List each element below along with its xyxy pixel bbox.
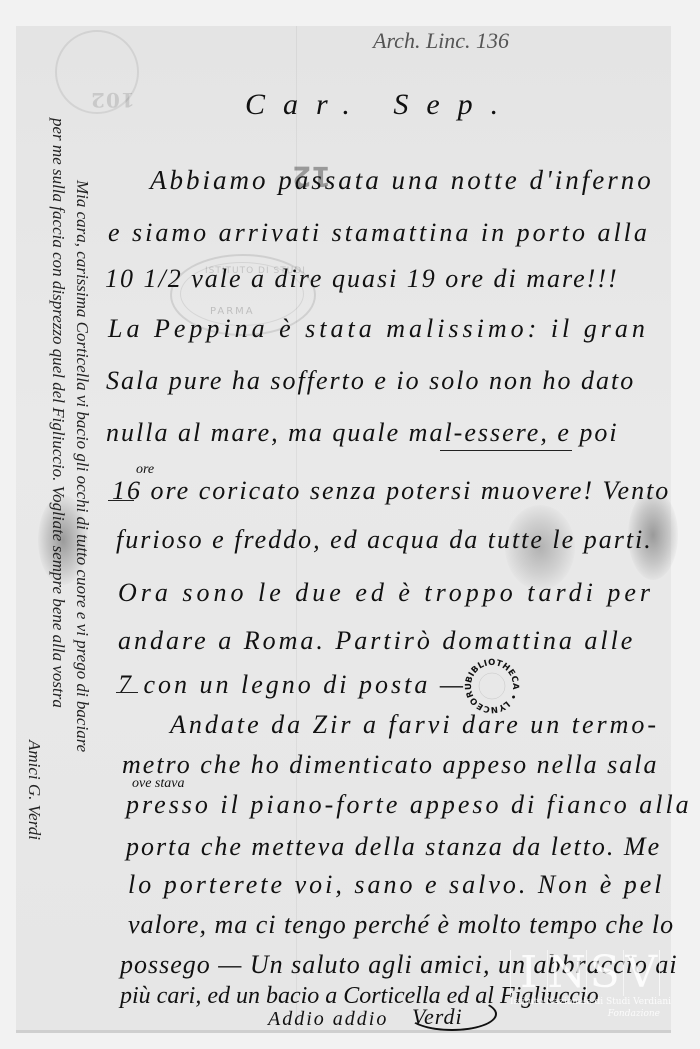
underline-16	[108, 500, 134, 501]
watermark-letter-s: S	[587, 950, 624, 996]
letter-line-12: Andate da Zir a farvi dare un termo-	[170, 710, 659, 740]
letter-line-5: Sala pure ha sofferto e io solo non ho d…	[106, 366, 635, 396]
insv-watermark: I N S V Istituto Nazionale di Studi Verd…	[510, 950, 660, 1020]
salutation: Car. Sep.	[245, 88, 516, 122]
archive-reference: Arch. Linc. 136	[373, 28, 509, 54]
margin-note-line-1: Mia cara, carissima Corticella vi bacio …	[72, 180, 92, 752]
letter-line-10: andare a Roma. Partirò domattina alle	[118, 626, 635, 656]
watermark-institution: Istituto Nazionale di Studi Verdiani	[510, 996, 660, 1008]
signature-flourish	[407, 997, 497, 1031]
letter-line-13: metro che ho dimenticato appeso nella sa…	[122, 750, 659, 780]
letter-line-6: nulla al mare, ma quale mal-essere, e po…	[106, 418, 619, 448]
letter-line-17: valore, ma ci tengo perché è molto tempo…	[128, 910, 674, 940]
watermark-letter-v: V	[624, 950, 660, 996]
watermark-letters: I N S V	[510, 950, 660, 996]
letter-line-16: lo porterete voi, sano e salvo. Non è pe…	[128, 870, 665, 900]
letter-line-15: porta che metteva della stanza da letto.…	[126, 832, 661, 862]
underline-mal-essere	[440, 450, 572, 451]
margin-note-line-2: per me sulla faccia con disprezzo quel d…	[48, 118, 68, 708]
bibliotheca-lynceorum-stamp: BIBLIOTHECA • LYNCEORUM	[462, 656, 522, 716]
margin-note-signoff: Amici G. Verdi	[24, 740, 44, 840]
svg-text:BIBLIOTHECA • LYNCEORUM: BIBLIOTHECA • LYNCEORUM	[462, 656, 520, 714]
watermark-letter-n: N	[548, 950, 588, 996]
letter-line-14: presso il piano-forte appeso di fianco a…	[126, 790, 692, 820]
watermark-subtitle: Fondazione	[510, 1008, 660, 1020]
letter-line-3: 10 1/2 vale a dire quasi 19 ore di mare!…	[105, 264, 619, 294]
letter-line-1: Abbiamo passata una notte d'inferno	[150, 165, 654, 196]
faint-stamp-number: 102	[90, 88, 135, 112]
letter-line-11: 7 con un legno di posta —	[118, 670, 466, 700]
letter-line-2: e siamo arrivati stamattina in porto all…	[108, 218, 650, 248]
watermark-letter-i: I	[511, 950, 548, 996]
closing-addio: Addio addio	[268, 1008, 388, 1031]
underline-7	[116, 692, 138, 693]
letter-line-8: furioso e freddo, ed acqua da tutte le p…	[116, 525, 653, 555]
letter-line-7: 16 ore coricato senza potersi muovere! V…	[112, 476, 670, 506]
letter-line-9: Ora sono le due ed è troppo tardi per	[118, 578, 654, 608]
letter-line-4: La Peppina è stata malissimo: il gran	[108, 314, 649, 344]
